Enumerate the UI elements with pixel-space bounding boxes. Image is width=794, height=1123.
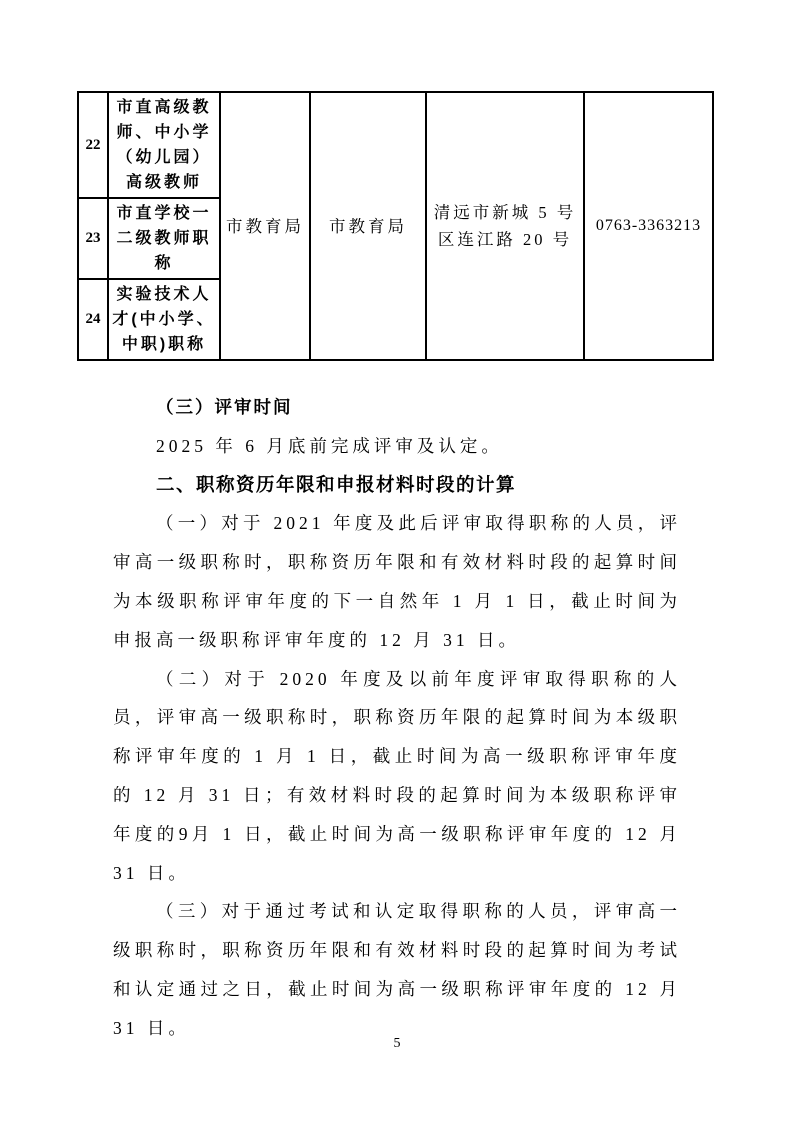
row-title-22: 市直高级教师、中小学（幼儿园）高级教师: [108, 92, 220, 198]
row-title-24: 实验技术人才(中小学、中职)职称: [108, 279, 220, 360]
address-line-2: 区连江路 20 号: [438, 230, 572, 249]
competent-department-cell: 市教育局: [220, 92, 310, 360]
page-number: 5: [0, 1036, 794, 1052]
paragraph-rule-1: （一）对于 2021 年度及此后评审取得职称的人员，评审高一级职称时，职称资历年…: [113, 504, 681, 659]
row-number-22: 22: [78, 92, 108, 198]
row-number-24: 24: [78, 279, 108, 360]
paragraph-rule-2: （二）对于 2020 年度及以前年度评审取得职称的人员，评审高一级职称时，职称资…: [113, 660, 681, 893]
paragraph-review-deadline: 2025 年 6 月底前完成评审及认定。: [113, 427, 681, 466]
table-row: 22 市直高级教师、中小学（幼儿园）高级教师 市教育局 市教育局 清远市新城 5…: [78, 92, 713, 198]
paragraph-rule-3: （三）对于通过考试和认定取得职称的人员，评审高一级职称时，职称资历年限和有效材料…: [113, 892, 681, 1047]
document-body: （三）评审时间 2025 年 6 月底前完成评审及认定。 二、职称资历年限和申报…: [113, 388, 681, 1048]
accepting-department-cell: 市教育局: [310, 92, 426, 360]
review-departments-table: 22 市直高级教师、中小学（幼儿园）高级教师 市教育局 市教育局 清远市新城 5…: [77, 91, 714, 361]
document-page: 22 市直高级教师、中小学（幼儿园）高级教师 市教育局 市教育局 清远市新城 5…: [0, 0, 794, 1123]
section-heading-calculation: 二、职称资历年限和申报材料时段的计算: [113, 466, 681, 505]
subsection-heading-review-time: （三）评审时间: [113, 388, 681, 427]
row-number-23: 23: [78, 198, 108, 279]
phone-cell: 0763-3363213: [584, 92, 713, 360]
row-title-23: 市直学校一二级教师职称: [108, 198, 220, 279]
address-line-1: 清远市新城 5 号: [434, 203, 577, 222]
address-cell: 清远市新城 5 号 区连江路 20 号: [426, 92, 584, 360]
